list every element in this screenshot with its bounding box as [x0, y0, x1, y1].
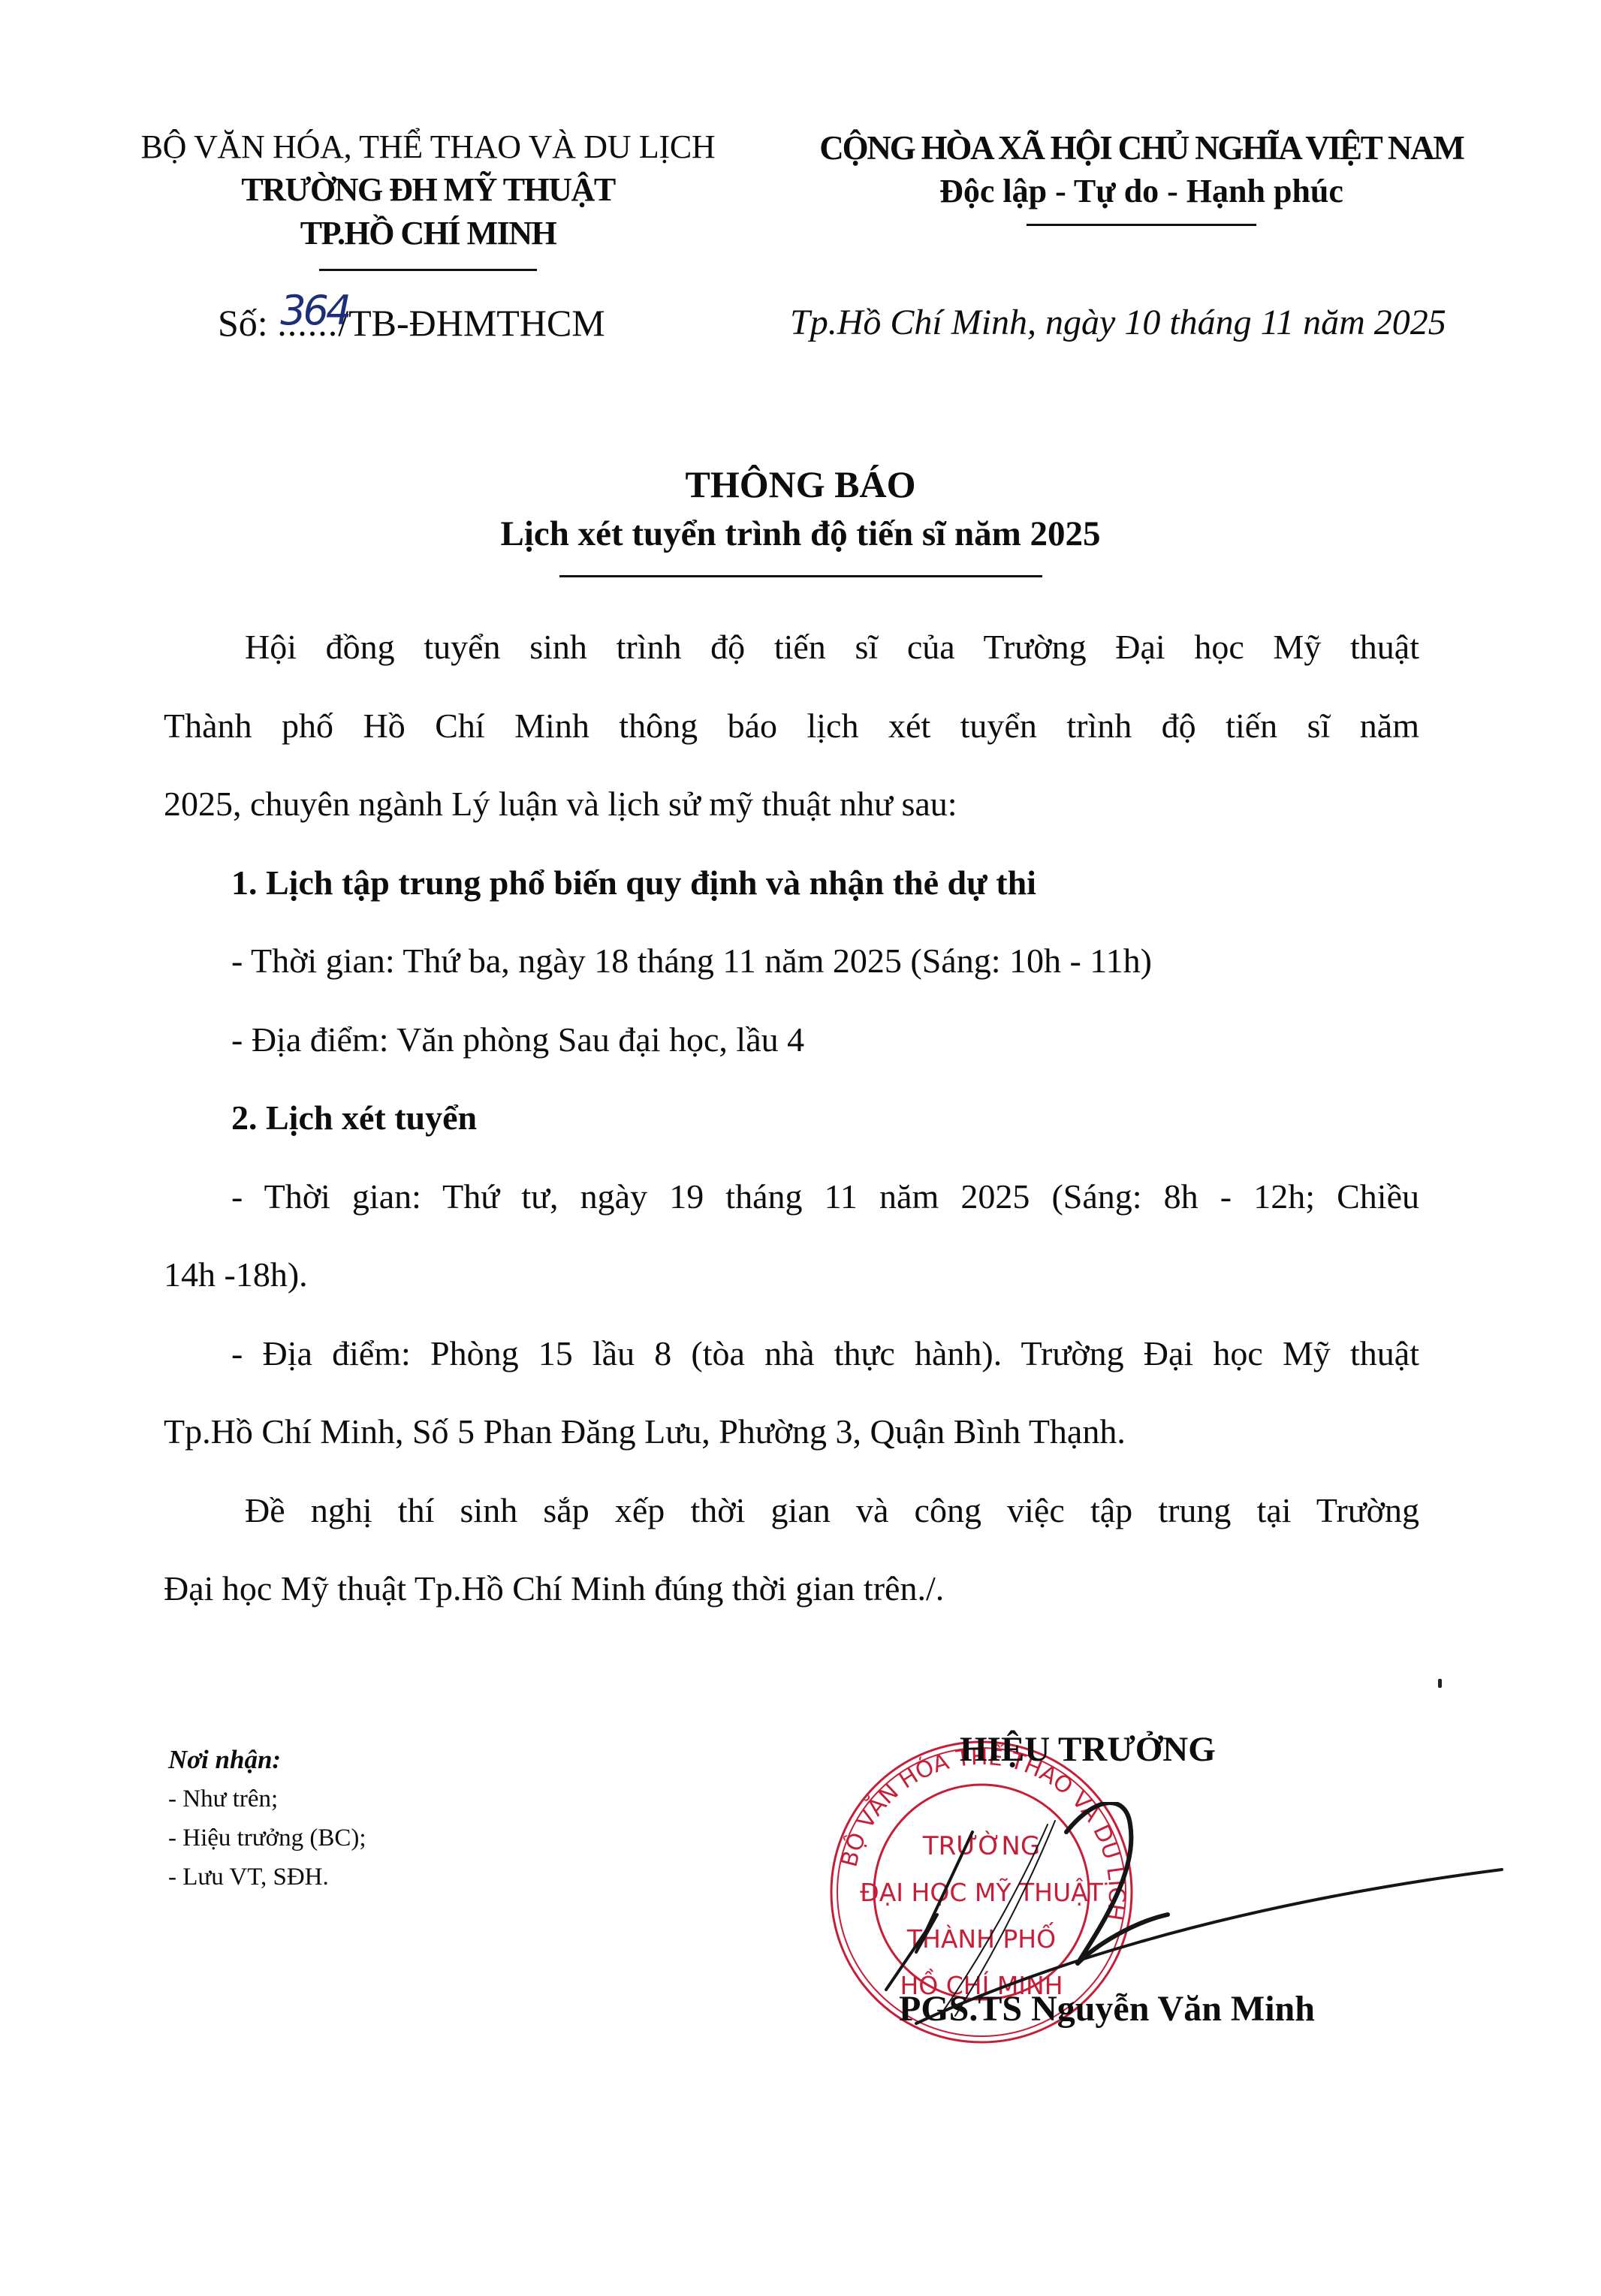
- school-name-line2: TP.HỒ CHÍ MINH: [98, 212, 758, 255]
- section-2-time-line-1: - Thời gian: Thứ tư, ngày 19 tháng 11 nă…: [164, 1174, 1419, 1253]
- intro-line-3: 2025, chuyên ngành Lý luận và lịch sử mỹ…: [164, 782, 1419, 860]
- recipient-item: - Lưu VT, SĐH.: [168, 1858, 366, 1897]
- document-subject: Lịch xét tuyển trình độ tiến sĩ năm 2025: [0, 509, 1601, 559]
- document-title: THÔNG BÁO Lịch xét tuyển trình độ tiến s…: [0, 460, 1601, 577]
- scan-speck: [1438, 1679, 1442, 1688]
- document-number: Số: ...... 364 /TB-ĐHMTHCM: [218, 300, 605, 345]
- ministry-name: BỘ VĂN HÓA, THỂ THAO VÀ DU LỊCH: [98, 126, 758, 168]
- issuing-authority-header: BỘ VĂN HÓA, THỂ THAO VÀ DU LỊCH TRƯỜNG Đ…: [98, 126, 758, 271]
- national-header: CỘNG HÒA XÃ HỘI CHỦ NGHĨA VIỆT NAM Độc l…: [781, 126, 1502, 226]
- header-right-underline: [1027, 224, 1256, 226]
- section-2-place-line-1: - Địa điểm: Phòng 15 lầu 8 (tòa nhà thực…: [164, 1331, 1419, 1410]
- document-body: Hội đồng tuyển sinh trình độ tiến sĩ của…: [164, 625, 1419, 1645]
- national-title: CỘNG HÒA XÃ HỘI CHỦ NGHĨA VIỆT NAM: [781, 126, 1502, 170]
- national-motto: Độc lập - Tự do - Hạnh phúc: [781, 170, 1502, 213]
- signatory-title: HIỆU TRƯỞNG: [960, 1727, 1216, 1772]
- section-2-place-line-2: Tp.Hồ Chí Minh, Số 5 Phan Đăng Lưu, Phườ…: [164, 1409, 1419, 1488]
- section-1-place: - Địa điểm: Văn phòng Sau đại học, lầu 4: [164, 1017, 1419, 1096]
- recipient-item: - Hiệu trưởng (BC);: [168, 1818, 366, 1858]
- title-underline: [559, 575, 1042, 577]
- intro-line-2: Thành phố Hồ Chí Minh thông báo lịch xét…: [164, 704, 1419, 782]
- header-left-underline: [319, 269, 537, 271]
- closing-line-1: Đề nghị thí sinh sắp xếp thời gian và cô…: [164, 1488, 1419, 1567]
- doc-number-handwritten: 364: [280, 288, 348, 333]
- section-2-time-line-2: 14h -18h).: [164, 1252, 1419, 1331]
- closing-line-2: Đại học Mỹ thuật Tp.Hồ Chí Minh đúng thờ…: [164, 1566, 1419, 1645]
- handwritten-signature: [871, 1802, 1547, 2042]
- intro-line-1: Hội đồng tuyển sinh trình độ tiến sĩ của…: [164, 625, 1419, 704]
- section-1-time: - Thời gian: Thứ ba, ngày 18 tháng 11 nă…: [164, 939, 1419, 1017]
- recipients-block: Nơi nhận: - Như trên; - Hiệu trưởng (BC)…: [168, 1740, 366, 1897]
- place-and-date: Tp.Hồ Chí Minh, ngày 10 tháng 11 năm 202…: [790, 300, 1446, 345]
- doc-number-label: Số:: [218, 302, 268, 344]
- recipients-heading: Nơi nhận:: [168, 1740, 366, 1779]
- document-type: THÔNG BÁO: [0, 460, 1601, 509]
- section-1-heading: 1. Lịch tập trung phổ biến quy định và n…: [164, 860, 1419, 939]
- section-2-heading: 2. Lịch xét tuyển: [164, 1095, 1419, 1174]
- doc-number-suffix: /TB-ĐHMTHCM: [338, 302, 605, 344]
- school-name-line1: TRƯỜNG ĐH MỸ THUẬT: [98, 168, 758, 212]
- recipient-item: - Như trên;: [168, 1779, 366, 1818]
